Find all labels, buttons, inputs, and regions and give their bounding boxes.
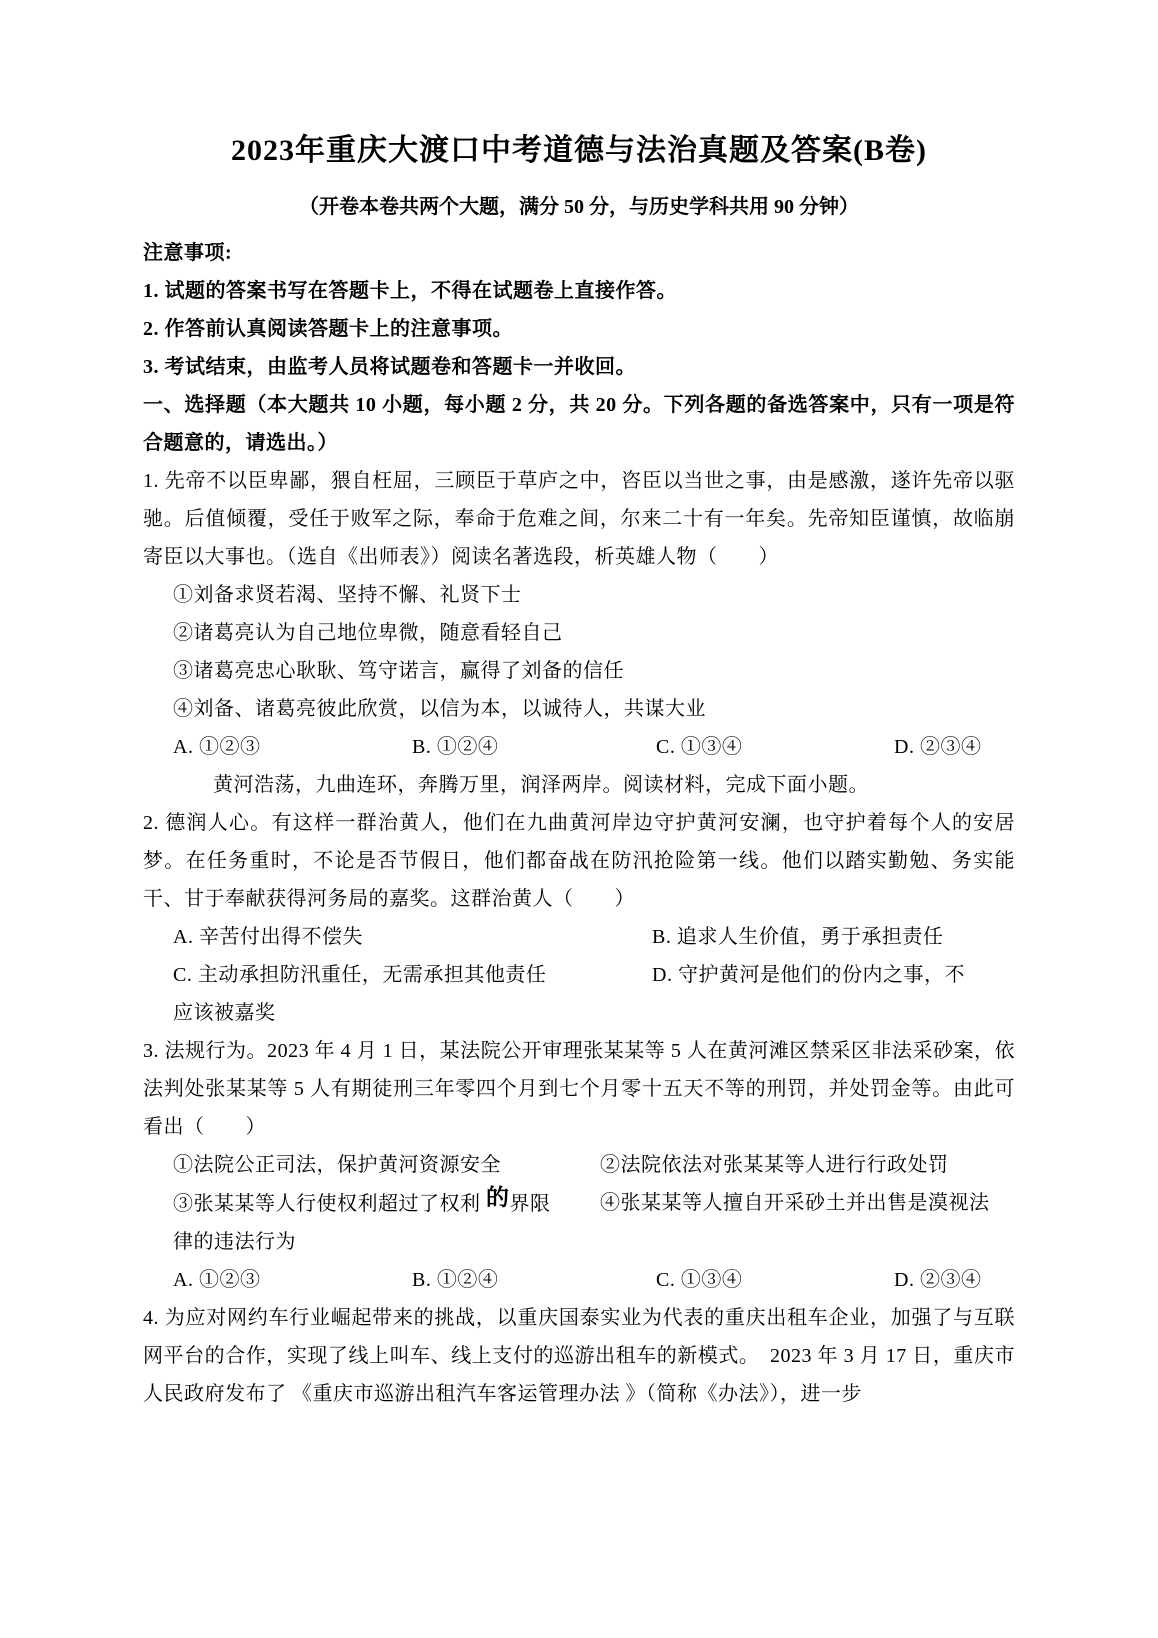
question-1-options-row: A. ①②③ B. ①②④ C. ①③④ D. ②③④ <box>143 728 1015 766</box>
question-2-option-b: B. 追求人生价值，勇于承担责任 <box>652 918 1015 956</box>
question-3-items-row-1: ①法院公正司法，保护黄河资源安全 ②法院依法对张某某等人进行行政处罚 <box>143 1146 1015 1184</box>
question-2-option-a: A. 辛苦付出得不偿失 <box>173 918 652 956</box>
question-1-option-a: A. ①②③ <box>173 728 412 766</box>
reading-intro: 黄河浩荡，九曲连环，奔腾万里，润泽两岸。阅读材料，完成下面小题。 <box>143 766 1015 804</box>
question-3-item-3-suffix: 界限 <box>510 1193 551 1215</box>
notice-item-3: 3. 考试结束，由监考人员将试题卷和答题卡一并收回。 <box>143 348 1015 386</box>
question-1-stem: 1. 先帝不以臣卑鄙，猥自枉屈，三顾臣于草庐之中，咨臣以当世之事，由是感激，遂许… <box>143 462 1015 576</box>
question-3-option-d: D. ②③④ <box>894 1261 1015 1299</box>
question-3-item-3: ③张某某等人行使权利超过了权利 的界限 <box>173 1184 600 1223</box>
question-1-item-2: ②诸葛亮认为自己地位卑微，随意看轻自己 <box>143 614 1015 652</box>
exam-document: 2023年重庆大渡口中考道德与法治真题及答案(B卷) （开卷本卷共两个大题，满分… <box>0 0 1158 1638</box>
question-3-item-3-prefix: ③张某某等人行使权利超过了权利 <box>173 1193 486 1215</box>
question-1-option-d: D. ②③④ <box>894 728 1015 766</box>
question-1-option-c: C. ①③④ <box>656 728 894 766</box>
question-2-options-row-2: C. 主动承担防汛重任，无需承担其他责任 D. 守护黄河是他们的份内之事，不 <box>143 956 1015 994</box>
notice-item-2: 2. 作答前认真阅读答题卡上的注意事项。 <box>143 310 1015 348</box>
question-1-option-b: B. ①②④ <box>412 728 656 766</box>
question-3-items-row-2: ③张某某等人行使权利超过了权利 的界限 ④张某某等人擅自开采砂土并出售是漠视法 <box>143 1184 1015 1223</box>
question-2-option-d-overflow: 应该被嘉奖 <box>143 994 1015 1032</box>
question-3-option-b: B. ①②④ <box>412 1261 656 1299</box>
question-1-item-3: ③诸葛亮忠心耿耿、笃守诺言，赢得了刘备的信任 <box>143 652 1015 690</box>
question-3-item-4: ④张某某等人擅自开采砂土并出售是漠视法 <box>600 1184 1015 1223</box>
question-3-option-a: A. ①②③ <box>173 1261 412 1299</box>
question-2-option-d: D. 守护黄河是他们的份内之事，不 <box>652 956 1015 994</box>
question-2-option-c: C. 主动承担防汛重任，无需承担其他责任 <box>173 956 652 994</box>
question-3-item-4-overflow: 律的违法行为 <box>143 1223 1015 1261</box>
question-2-stem: 2. 德润人心。有这样一群治黄人，他们在九曲黄河岸边守护黄河安澜，也守护着每个人… <box>143 804 1015 918</box>
page-title: 2023年重庆大渡口中考道德与法治真题及答案(B卷) <box>143 130 1015 172</box>
question-3-option-c: C. ①③④ <box>656 1261 894 1299</box>
notice-item-1: 1. 试题的答案书写在答题卡上，不得在试题卷上直接作答。 <box>143 272 1015 310</box>
question-4-stem: 4. 为应对网约车行业崛起带来的挑战，以重庆国泰实业为代表的重庆出租车企业，加强… <box>143 1299 1015 1413</box>
question-3-options-row: A. ①②③ B. ①②④ C. ①③④ D. ②③④ <box>143 1261 1015 1299</box>
exam-subtitle: （开卷本卷共两个大题，满分 50 分，与历史学科共用 90 分钟） <box>143 192 1015 222</box>
question-2-options-row-1: A. 辛苦付出得不偿失 B. 追求人生价值，勇于承担责任 <box>143 918 1015 956</box>
question-3-item-1: ①法院公正司法，保护黄河资源安全 <box>173 1146 600 1184</box>
question-1-item-4: ④刘备、诸葛亮彼此欣赏，以信为本，以诚待人，共谋大业 <box>143 690 1015 728</box>
question-1-item-1: ①刘备求贤若渴、坚持不懈、礼贤下士 <box>143 576 1015 614</box>
section-1-heading: 一、选择题（本大题共 10 小题，每小题 2 分，共 20 分。下列各题的备选答… <box>143 386 1015 462</box>
question-3-item-3-bold-de: 的 <box>486 1185 510 1210</box>
question-3-stem: 3. 法规行为。2023 年 4 月 1 日，某法院公开审理张某某等 5 人在黄… <box>143 1032 1015 1146</box>
question-3-item-2: ②法院依法对张某某等人进行行政处罚 <box>600 1146 1015 1184</box>
notice-heading: 注意事项: <box>143 234 1015 272</box>
